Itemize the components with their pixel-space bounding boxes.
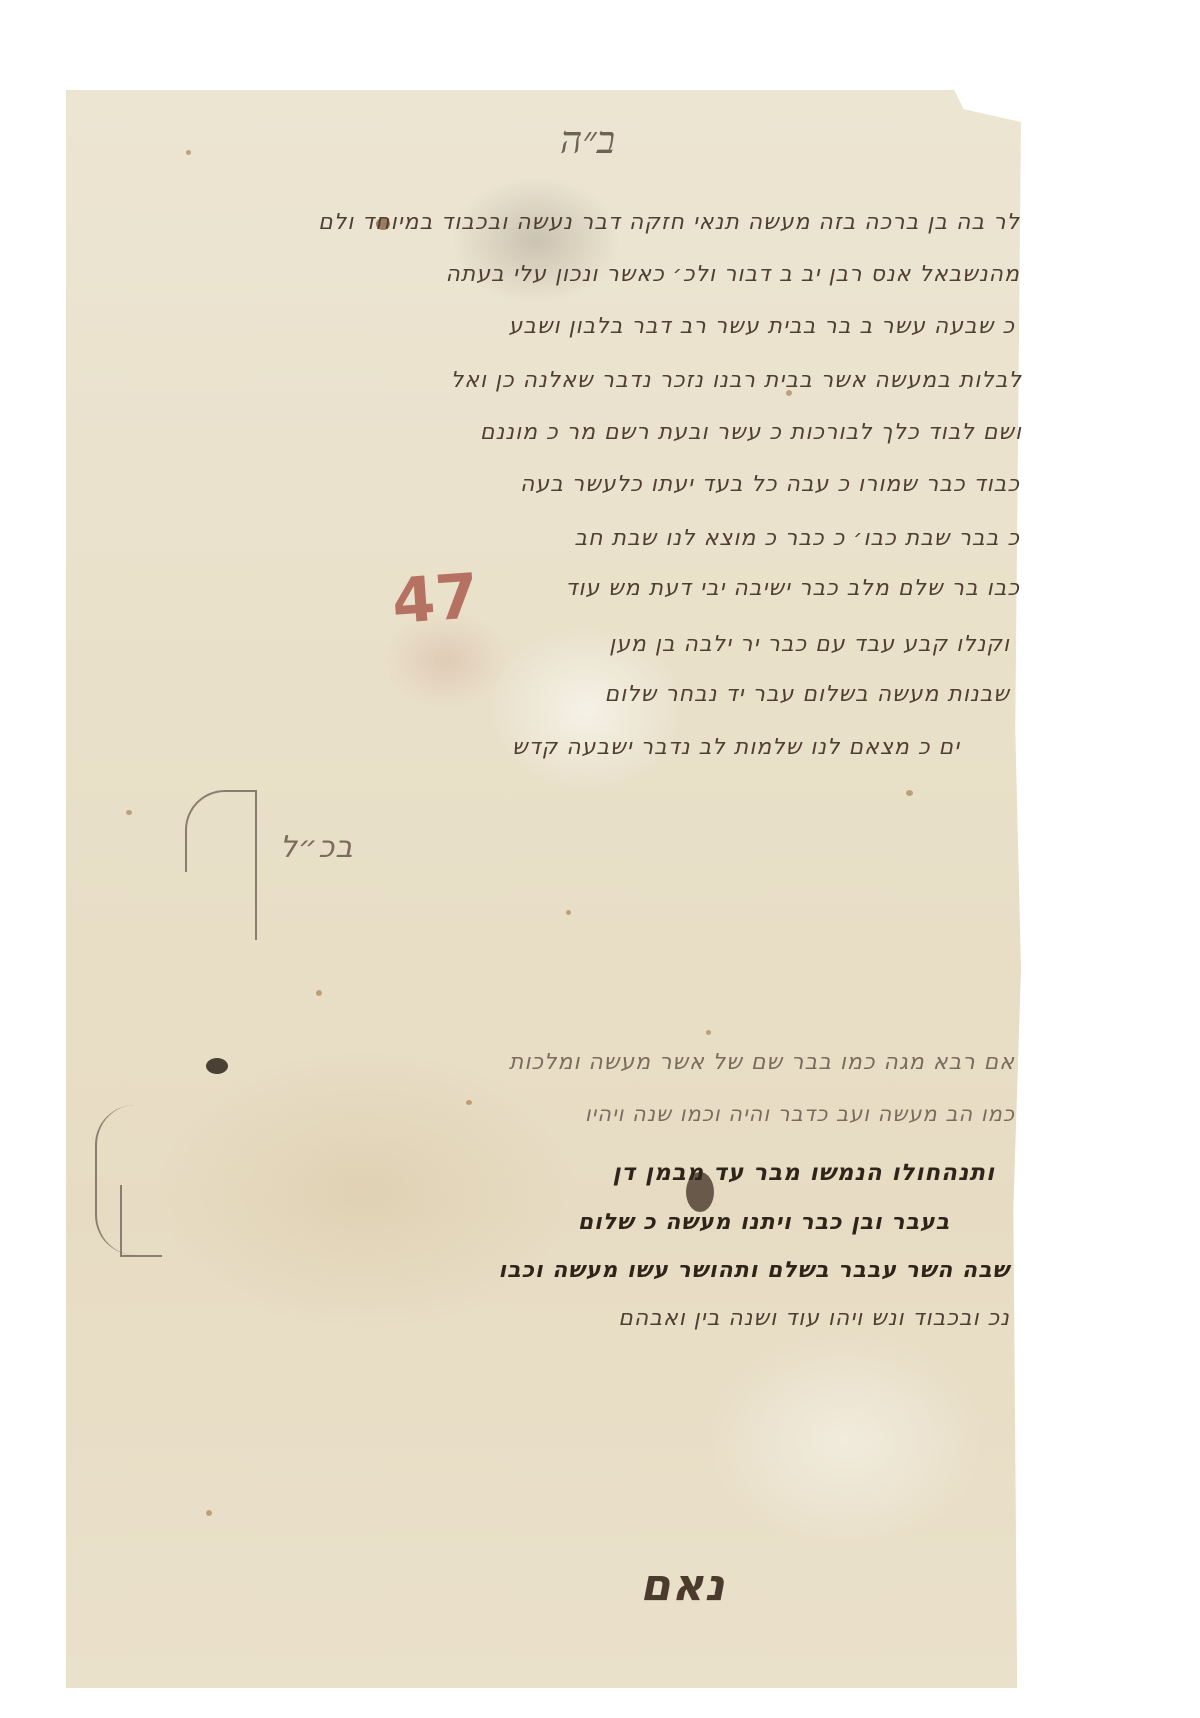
text-line: כבו בר שלם מלב כבר ישיבה יבי דעת מש עוד: [565, 576, 1020, 601]
stain-speck: [126, 810, 132, 815]
stain-speck: [206, 1510, 212, 1516]
text-line: כ בבר שבת כבו׳ כ כבר כ מוצא לנו שבת חב: [574, 526, 1020, 551]
text-line: ים כ מצאם לנו שלמות לב נדבר ישבעה קדש: [512, 735, 960, 760]
stain-speck: [466, 1100, 472, 1105]
text-line: שבנות מעשה בשלום עבר יד נבחר שלום: [605, 682, 1010, 707]
text-line: מהנשבאל אנס רבן יב ב דבור ולכ׳ כאשר ונכו…: [445, 262, 1020, 287]
signature-flourish: [185, 790, 257, 872]
text-line: אם רבא מגה כמו בבר שם של אשר מעשה ומלכות: [509, 1050, 1015, 1075]
stain-speck: [706, 1030, 711, 1035]
stain-speck: [566, 910, 571, 915]
ink-blot: [206, 1058, 228, 1074]
text-line: לר בה בן ברכה בזה מעשה תנאי חזקה דבר נעש…: [318, 210, 1020, 235]
signature-flourish: [255, 790, 259, 940]
lower-signature: נאם: [640, 1560, 726, 1611]
stain-speck: [186, 150, 191, 155]
text-line: ושם לבוד כלך לבורכות כ עשר ובעת רשם מר כ…: [480, 420, 1022, 445]
text-line: לבלות במעשה אשר בבית רבנו נזכר נדבר שאלנ…: [451, 368, 1022, 393]
bracket-flourish: [120, 1185, 162, 1257]
text-line: נכ ובכבוד ונש ויהו עוד ושנה בין ואבהם: [618, 1306, 1010, 1331]
text-line: שבה השר עבבר בשלם ותהושר עשו מעשה וכבו: [499, 1258, 1010, 1283]
text-line: כמו הב מעשה ועב כדבר והיה וכמו שנה ויהיו: [585, 1102, 1015, 1126]
text-line: כבוד כבר שמורו כ עבה כל בעד יעתו כלעשר ב…: [520, 472, 1020, 497]
red-number-marking: 47: [390, 559, 481, 638]
text-line: כ שבעה עשר ב בר בבית עשר רב דבר בלבון וש…: [508, 314, 1015, 339]
text-line: וקנלו קבע עבד עם כבר יר ילבה בן מען: [609, 632, 1010, 657]
text-line: ותנהחולו הנמשו מבר עד מבמן דן: [613, 1160, 995, 1186]
text-line: בעבר ובן כבר ויתנו מעשה כ שלום: [578, 1210, 950, 1235]
stain-speck: [906, 790, 913, 796]
heading-mark: ב״ה: [560, 118, 615, 163]
upper-signature: בכ״ל: [280, 830, 354, 865]
stain-speck: [316, 990, 322, 996]
